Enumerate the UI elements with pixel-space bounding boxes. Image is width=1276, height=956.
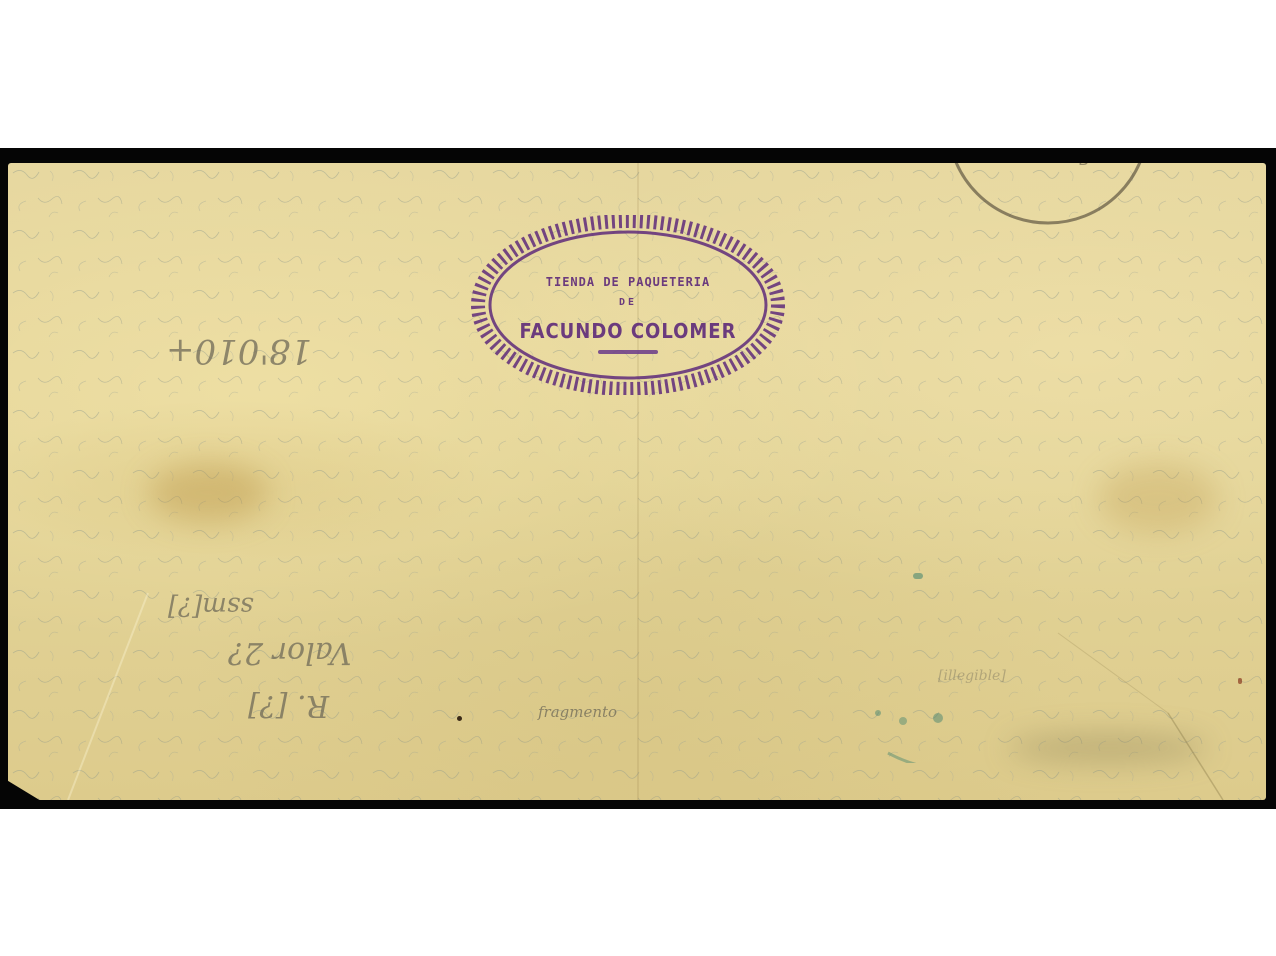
stamp-line-2: DE [470,297,786,308]
teal-stamp-marks [868,703,988,763]
teal-mark-icon [868,703,988,763]
stain-right [1098,463,1218,533]
red-speck [1238,678,1242,684]
teal-dot [913,573,923,579]
stamp-line-1: TIENDA DE PAQUETERIA [470,275,786,289]
pencil-note-bottom-left-1: ssm[?] [168,591,254,621]
business-handstamp: TIENDA DE PAQUETERIA DE FACUNDO COLOMER [470,215,786,395]
pencil-note-bottom-right: [illegible] [938,668,1006,684]
postmark-icon: B 1 [928,163,1178,263]
envelope-back: TIENDA DE PAQUETERIA DE FACUNDO COLOMER … [8,163,1266,800]
dark-dot [457,716,462,721]
stain-left [148,463,268,523]
stamp-ornament [598,350,658,354]
stain-bottom-right [1008,733,1208,763]
svg-text:B: B [1078,163,1089,169]
pencil-note-top-left: 18'010+ [166,331,312,371]
pencil-note-bottom-left-2: Valor 2? [228,635,352,670]
pencil-note-bottom-center: fragmento [538,703,617,721]
stamp-line-3: FACUNDO COLOMER [470,319,786,343]
pencil-note-bottom-left-3: R. [?] [248,688,329,723]
